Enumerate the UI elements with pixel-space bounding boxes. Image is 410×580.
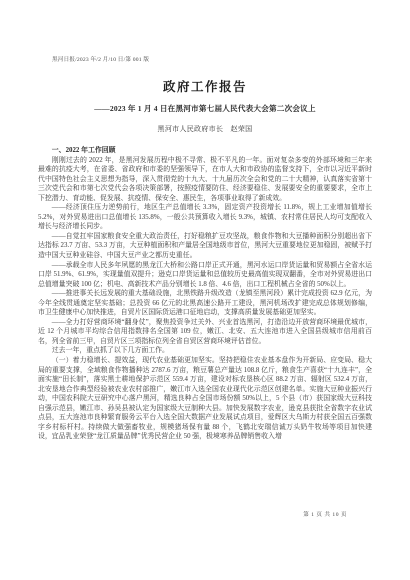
- paragraph-overview: 刚刚过去的 2022 年，是黑河发展历程中极不寻常、极不平凡的一年。面对复杂多变…: [38, 156, 372, 204]
- paragraph-economy: ——经济顶住压力逆势前行，地区生产总值增长 3.3%，固定资产投资增长 11.8…: [38, 203, 372, 232]
- paragraph-infrastructure: ——推进事关长远发展的重大基础设施，北黑铁路升级改造（龙镇至黑河段）累计完成投资…: [38, 289, 372, 318]
- newspaper-masthead: 黑河日报/2023 年/2 月/10 日/第 001 版: [52, 55, 149, 63]
- paragraph-transition: 过去一年，重点抓了以下几方面工作。: [38, 346, 372, 356]
- paragraph-business-environment: ——全力打好营商环境“翻身仗”，聚焦投资争过关外、兴业首选黑河，打造沿边开放营商…: [38, 318, 372, 347]
- document-page: 黑河日报/2023 年/2 月/10 日/第 001 版 政府工作报告 ——20…: [0, 0, 410, 580]
- section-heading: 一、2022 年工作回顾: [38, 146, 372, 156]
- paragraph-bridge-port: ——承载全市人民多年夙愿的黑龙江大桥和公路口岸正式开通，黑河水运口岸货运量和贸易…: [38, 261, 372, 290]
- paragraph-agriculture: （一）着力稳增长、提效益，现代农业基础更加坚实。坚持把稳住农业基本盘作为开新局、…: [38, 356, 372, 442]
- page-title: 政府工作报告: [0, 77, 410, 95]
- paragraph-grain-security: ——自觉扛牢国家粮食安全重大政治责任，打好稳粮扩豆攻坚战，粮食作物和大豆播种面积…: [38, 232, 372, 261]
- page-number: 第 1 页 共 10 页: [303, 510, 347, 518]
- report-subtitle: ——2023 年 1 月 4 日在黑河市第七届人民代表大会第二次会议上: [0, 103, 410, 114]
- report-body: 一、2022 年工作回顾 刚刚过去的 2022 年，是黑河发展历程中极不寻常、极…: [38, 146, 372, 442]
- byline: 黑河市人民政府市长 赵荣国: [0, 124, 410, 134]
